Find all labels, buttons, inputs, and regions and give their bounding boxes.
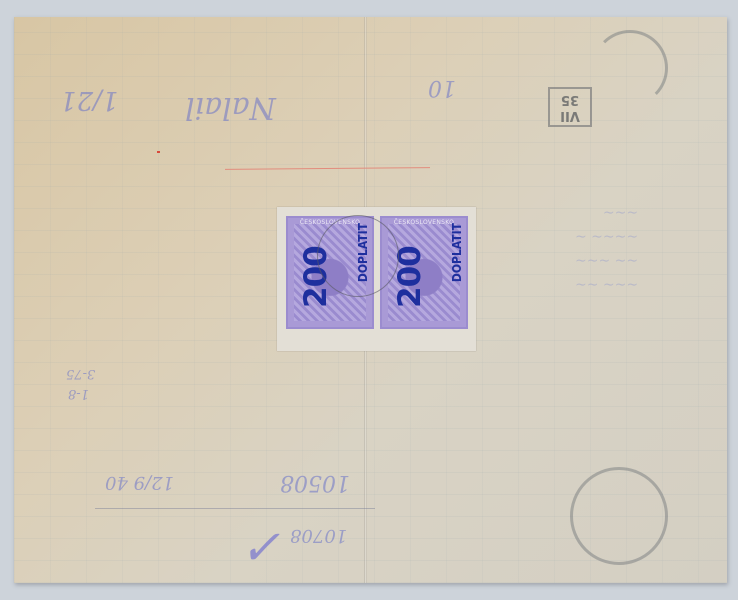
handwriting-bottom-2: 12/9 40 [105,472,174,493]
handwriting-bottom-1: 10508 [280,470,350,495]
stamp-cancellation [317,215,399,297]
box-stamp-line1: VII [550,107,590,123]
date-box-stamp: VII 35 [548,87,592,127]
box-stamp-line2: 35 [550,91,590,107]
handwriting-top-center: Nalail [185,90,276,125]
faint-writing-right: ~~~ ~~~~ ~~~~~~~ ~~~~ [575,200,638,296]
pencil-line [95,508,375,509]
handwriting-left-1: 3-75 [66,366,95,381]
handwriting-check: ✓ [240,520,280,576]
stamp-pair-fragment: ČESKOSLOVENSKO 200 DOPLATIT ČESKOSLOVENS… [277,207,476,351]
red-mark [157,151,160,153]
handwriting-bottom-3: 10708 [290,525,347,546]
handwriting-top-right: 10 [428,75,456,100]
stamp-overprint: DOPLATIT [450,223,464,282]
handwriting-top-left: 1/21 [60,85,118,115]
postmark-bottom-right [570,467,668,565]
handwriting-left-2: 1-8 [68,386,89,401]
postmark-top-right [592,30,668,106]
